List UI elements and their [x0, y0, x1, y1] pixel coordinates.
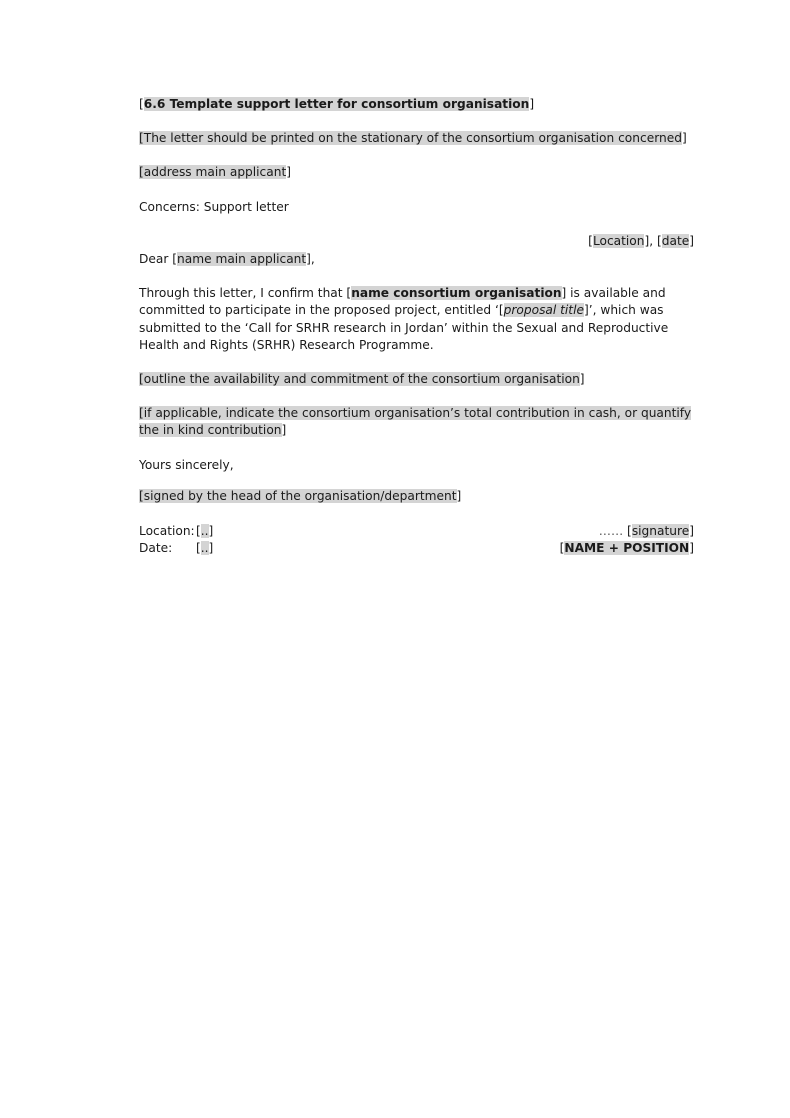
footer-row-location: Location:[..] …… [signature]: [139, 523, 694, 540]
contribution-placeholder: [if applicable, indicate the consortium …: [139, 405, 694, 440]
signature-placeholder: signature: [632, 524, 689, 538]
org-placeholder: name consortium organisation: [351, 286, 561, 300]
name-position-field: [NAME + POSITION]: [560, 540, 694, 557]
signed-placeholder: [signed by the head of the organisation/…: [139, 488, 461, 505]
instruction-line: [The letter should be printed on the sta…: [139, 130, 687, 147]
date-value: ..: [201, 541, 209, 555]
outline-placeholder: [outline the availability and commitment…: [139, 371, 585, 388]
salutation: Dear [name main applicant],: [139, 251, 315, 268]
location-label: Location:: [139, 523, 196, 540]
location-value: ..: [201, 524, 209, 538]
signature-field: …… [signature]: [599, 523, 694, 540]
section-heading: [6.6 Template support letter for consort…: [139, 96, 534, 113]
closing: Yours sincerely,: [139, 457, 234, 474]
instruction-text: The letter should be printed on the stat…: [144, 131, 682, 145]
heading-text: 6.6 Template support letter for consorti…: [144, 97, 530, 111]
date-placeholder: date: [662, 234, 689, 248]
name-position-placeholder: NAME + POSITION: [564, 541, 689, 555]
location-date-line: [Location], [date]: [588, 233, 694, 250]
footer-row-date: Date:[..] [NAME + POSITION]: [139, 540, 694, 557]
concerns-line: Concerns: Support letter: [139, 199, 289, 216]
body-paragraph: Through this letter, I confirm that [nam…: [139, 285, 694, 354]
date-label: Date:: [139, 540, 196, 557]
address-placeholder: [address main applicant]: [139, 164, 291, 181]
location-placeholder: Location: [593, 234, 645, 248]
salutation-placeholder: name main applicant: [177, 252, 306, 266]
title-placeholder: proposal title: [504, 303, 584, 317]
